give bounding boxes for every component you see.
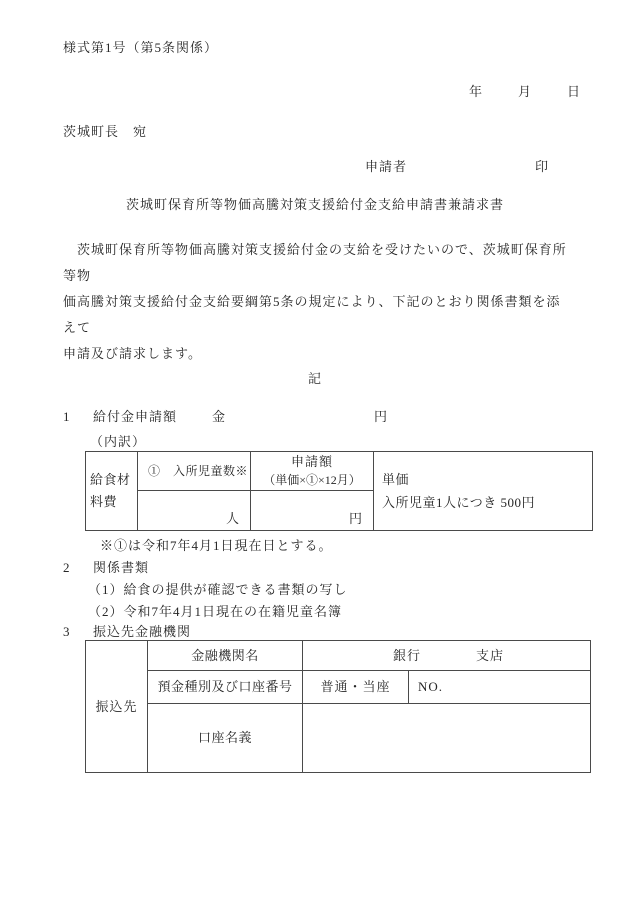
section1-number: 1 (63, 409, 93, 425)
deposit-type-options: 普通・当座 (303, 671, 409, 704)
section2-number: 2 (63, 560, 93, 576)
unit-price-detail: 入所児童1人につき 500円 (382, 491, 592, 514)
document-title: 茨城町保育所等物価高騰対策支援給付金支給申請書兼請求書 (0, 197, 630, 213)
section1-heading: 給付金申請額 (93, 409, 177, 424)
section3-heading-line: 3振込先金融機関 (63, 624, 630, 640)
record-marker: 記 (0, 371, 630, 387)
section1-heading-line: 1給付金申請額金円 (63, 409, 630, 425)
section2-heading-line: 2関係書類 (63, 560, 630, 576)
institution-name-label: 金融機関名 (148, 641, 303, 671)
account-holder-label: 口座名義 (148, 704, 303, 773)
breakdown-table: 給食材料費 ① 入所児童数※ 申請額 （単価×①×12月） 単価 入所児童1人に… (85, 451, 593, 531)
application-amount-header: 申請額 （単価×①×12月） (251, 452, 374, 491)
children-count-header: ① 入所児童数※ (138, 452, 251, 491)
applicant-label: 申請者 (365, 159, 407, 175)
bank-transfer-table: 振込先 金融機関名 銀行支店 預金種別及び口座番号 普通・当座 NO. 口座名義 (85, 640, 591, 773)
date-line: 年月日 (0, 84, 630, 100)
amount-suffix: 円 (374, 409, 388, 424)
children-count-value-cell: 人 (138, 491, 251, 531)
body-line-1: 茨城町保育所等物価高騰対策支援給付金の支給を受けたいので、茨城町保育所等物 (63, 237, 572, 289)
amount-value-cell: 円 (251, 491, 374, 531)
document-page: 様式第1号（第5条関係） 年月日 茨城町長 宛 申請者 印 茨城町保育所等物価高… (0, 0, 630, 903)
transfer-row-header: 振込先 (86, 641, 148, 773)
seal-label: 印 (535, 159, 549, 175)
amount-header-line2: （単価×①×12月） (251, 471, 373, 490)
amount-header-line1: 申請額 (251, 452, 373, 471)
section2-heading: 関係書類 (93, 560, 149, 575)
section2-item-2: （2）令和7年4月1日現在の在籍児童名簿 (88, 604, 630, 620)
breakdown-row-header: 給食材料費 (86, 452, 138, 531)
body-line-2: 価高騰対策支援給付金支給要綱第5条の規定により、下記のとおり関係書類を添えて (63, 289, 572, 341)
section2-item-1: （1）給食の提供が確認できる書類の写し (88, 582, 630, 598)
section3-heading: 振込先金融機関 (93, 624, 191, 639)
account-holder-value-cell (303, 704, 591, 773)
unit-price-cell: 単価 入所児童1人につき 500円 (374, 452, 593, 531)
date-day-label: 日 (567, 84, 581, 99)
applicant-row: 申請者 印 (365, 159, 630, 175)
account-number-cell: NO. (409, 671, 591, 704)
amount-prefix: 金 (212, 409, 226, 424)
section3-number: 3 (63, 624, 93, 640)
date-month-label: 月 (518, 84, 532, 99)
deposit-type-label: 預金種別及び口座番号 (148, 671, 303, 704)
addressee: 茨城町長 宛 (63, 124, 630, 140)
unit-price-label: 単価 (382, 468, 592, 491)
date-year-label: 年 (469, 84, 483, 99)
footnote: ※①は令和7年4月1日現在日とする。 (100, 538, 630, 554)
bank-suffix-label: 銀行 (393, 648, 421, 663)
bank-branch-cell: 銀行支店 (303, 641, 591, 671)
breakdown-label: （内訳） (90, 434, 630, 450)
body-paragraph: 茨城町保育所等物価高騰対策支援給付金の支給を受けたいので、茨城町保育所等物 価高… (63, 237, 572, 367)
branch-suffix-label: 支店 (476, 648, 504, 663)
form-number: 様式第1号（第5条関係） (63, 40, 630, 56)
body-line-3: 申請及び請求します。 (63, 341, 572, 367)
